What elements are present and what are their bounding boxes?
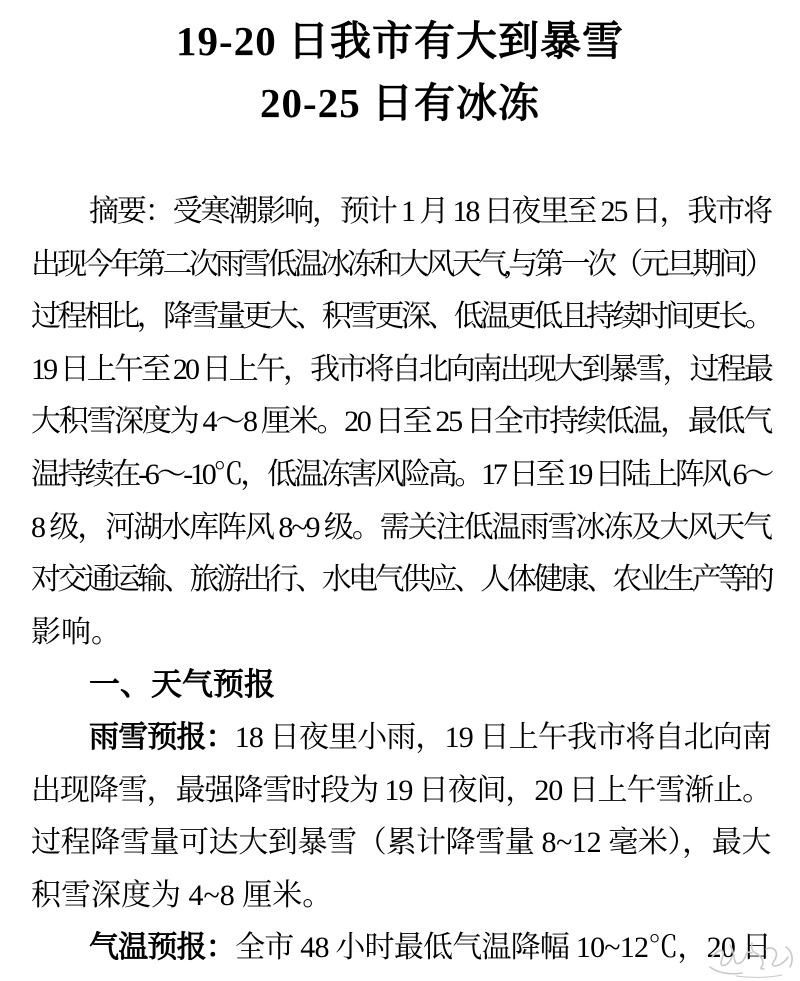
body-line: 温持续在-6～-10℃，低温冻害风险高。17 日至 19 日陆上阵风 6～ <box>31 449 771 502</box>
body-line: 过程相比，降雪量更大、积雪更深、低温更低且持续时间更长。 <box>31 291 771 344</box>
body-line: 对交通运输、旅游出行、水电气供应、人体健康、农业生产等的 <box>31 554 771 607</box>
body-line: 过程降雪量可达大到暴雪（累计降雪量 8~12 毫米），最大 <box>31 817 771 870</box>
body-line: 影响。 <box>31 607 771 660</box>
body-line: 雨雪预报：18 日夜里小雨，19 日上午我市将自北向南 <box>31 712 771 765</box>
body-line: 积雪深度为 4~8 厘米。 <box>31 870 771 923</box>
body-line: 气温预报：全市 48 小时最低气温降幅 10~12℃，20 日 <box>31 922 771 975</box>
body-line: 出现降雪，最强降雪时段为 19 日夜间，20 日上午雪渐止。 <box>31 765 771 818</box>
document-page: 19-20 日我市有大到暴雪 20-25 日有冰冻 摘要：受寒潮影响，预计 1 … <box>0 0 800 981</box>
document-title: 19-20 日我市有大到暴雪 20-25 日有冰冻 <box>0 10 800 134</box>
body-line: 出现今年第二次雨雪低温冰冻和大风天气,与第一次（元旦期间） <box>31 239 771 292</box>
body-line: 大积雪深度为 4～8 厘米。20 日至 25 日全市持续低温，最低气 <box>31 396 771 449</box>
section-heading: 一、天气预报 <box>31 659 771 712</box>
body-line: 摘要：受寒潮影响，预计 1 月 18 日夜里至 25 日，我市将 <box>31 186 771 239</box>
document-body: 摘要：受寒潮影响，预计 1 月 18 日夜里至 25 日，我市将 出现今年第二次… <box>31 186 771 975</box>
body-line: 8 级，河湖水库阵风 8~9 级。需关注低温雨雪冰冻及大风天气 <box>31 502 771 555</box>
body-line: 19 日上午至 20 日上午，我市将自北向南出现大到暴雪，过程最 <box>31 344 771 397</box>
title-line-1: 19-20 日我市有大到暴雪 <box>0 10 800 72</box>
title-line-2: 20-25 日有冰冻 <box>0 72 800 134</box>
